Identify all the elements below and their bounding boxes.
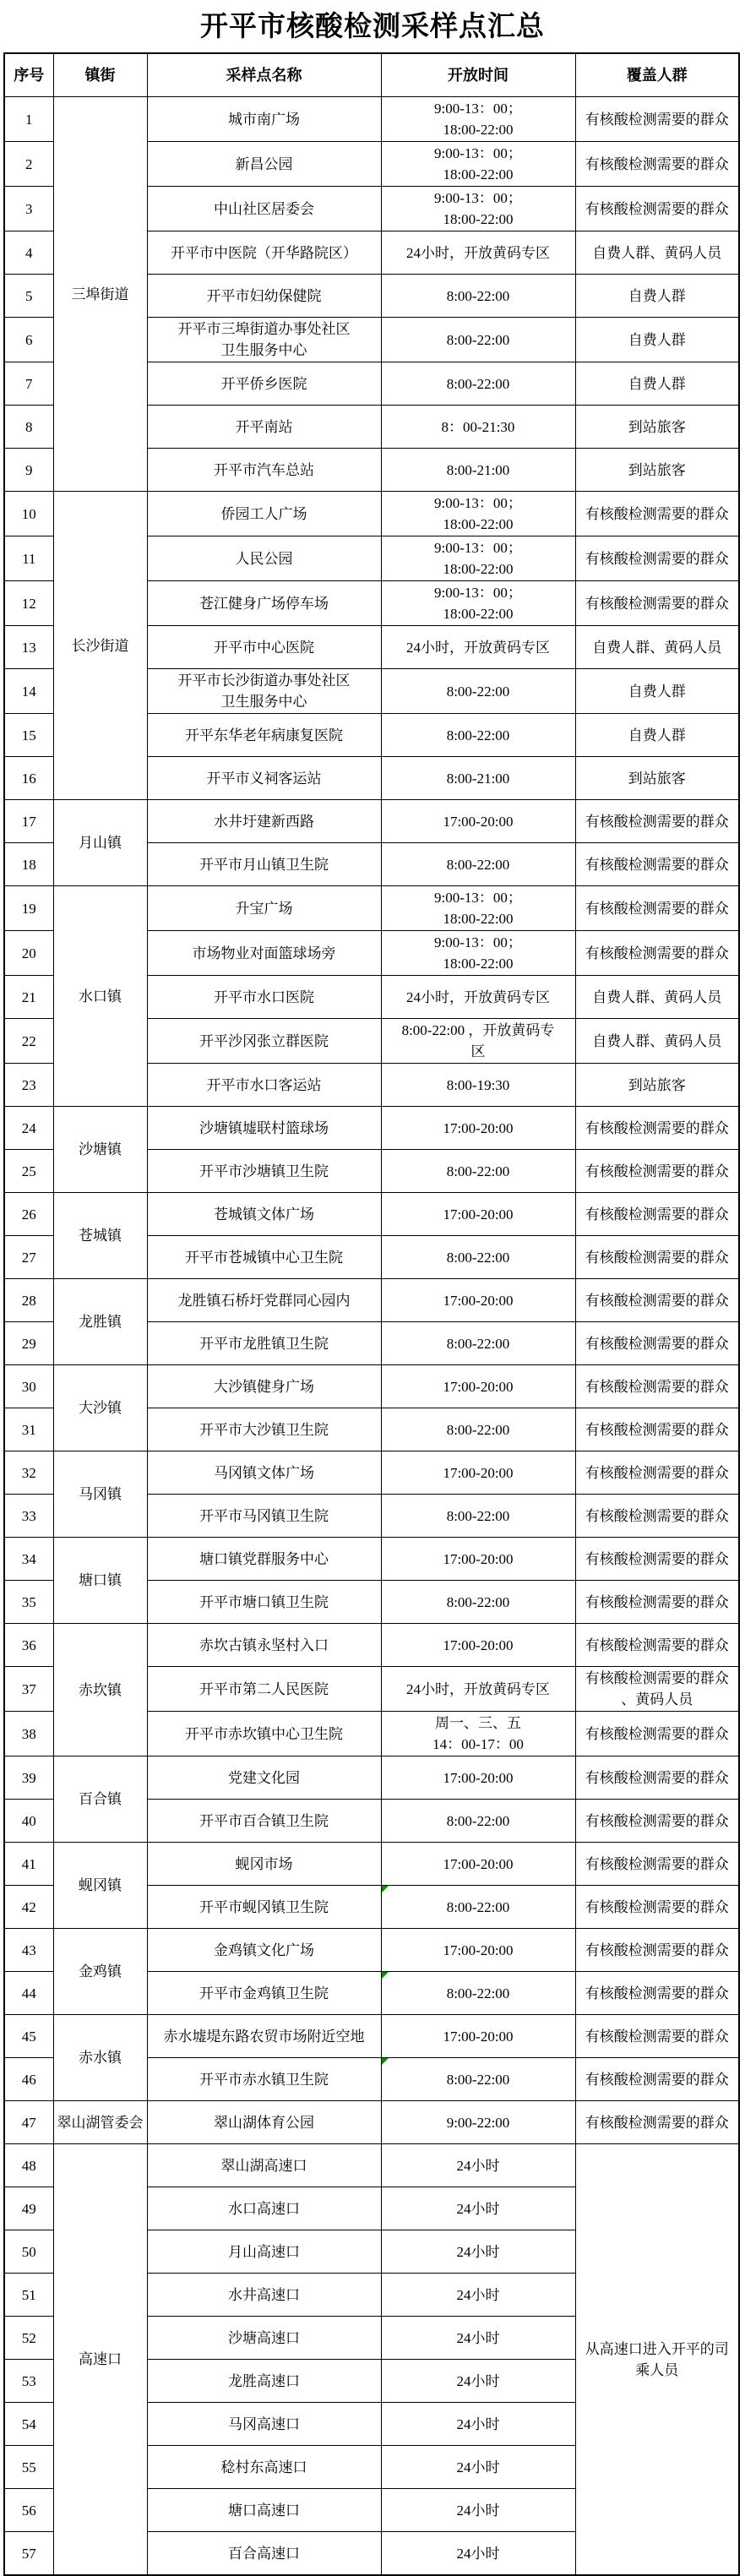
open-time-cell: 8:00-22:00 [381,1408,575,1451]
green-corner-triangle-icon [382,1972,389,1979]
row-number-cell: 30 [4,1365,53,1408]
open-time-cell: 24小时，开放黄码专区 [381,626,575,669]
open-time-cell: 8:00-22:00 [381,669,575,714]
open-time-cell: 17:00-20:00 [381,1193,575,1236]
town-cell: 蚬冈镇 [53,1843,147,1929]
site-name-cell: 水井圩建新西路 [147,800,381,843]
coverage-cell: 自费人群 [575,362,739,406]
town-cell: 金鸡镇 [53,1929,147,2015]
table-row: 17月山镇水井圩建新西路17:00-20:00有核酸检测需要的群众 [4,800,739,843]
header-site-name: 采样点名称 [147,53,381,97]
open-time-cell: 17:00-20:00 [381,1929,575,1972]
coverage-cell: 自费人群 [575,714,739,757]
open-time-cell: 24小时，开放黄码专区 [381,231,575,275]
table-row: 30大沙镇大沙镇健身广场17:00-20:00有核酸检测需要的群众 [4,1365,739,1408]
row-number-cell: 9 [4,449,53,492]
table-row: 47翠山湖管委会翠山湖体育公园9:00-22:00有核酸检测需要的群众 [4,2101,739,2144]
row-number-cell: 36 [4,1624,53,1667]
row-number-cell: 16 [4,757,53,800]
coverage-cell: 有核酸检测需要的群众 [575,1756,739,1800]
site-name-cell: 开平侨乡医院 [147,362,381,406]
site-name-cell: 开平市水口医院 [147,976,381,1019]
row-number-cell: 56 [4,2489,53,2532]
town-cell: 百合镇 [53,1756,147,1843]
header-coverage: 覆盖人群 [575,53,739,97]
site-name-cell: 开平市中心医院 [147,626,381,669]
open-time-cell: 9:00-22:00 [381,2101,575,2144]
town-cell: 赤水镇 [53,2015,147,2101]
sampling-points-table: 序号 镇街 采样点名称 开放时间 覆盖人群 1三埠街道城市南广场9:00-13：… [3,52,740,2576]
open-time-cell: 24小时 [381,2403,575,2446]
table-row: 10长沙街道侨园工人广场9:00-13：00； 18:00-22:00有核酸检测… [4,492,739,536]
row-number-cell: 52 [4,2317,53,2360]
coverage-cell: 有核酸检测需要的群众 [575,1495,739,1538]
coverage-cell: 有核酸检测需要的群众 [575,536,739,581]
table-row: 1三埠街道城市南广场9:00-13：00； 18:00-22:00有核酸检测需要… [4,97,739,142]
row-number-cell: 47 [4,2101,53,2144]
site-name-cell: 侨园工人广场 [147,492,381,536]
row-number-cell: 5 [4,275,53,318]
coverage-cell: 有核酸检测需要的群众 [575,1365,739,1408]
coverage-cell: 自费人群 [575,669,739,714]
site-name-cell: 赤坎古镇永坚村入口 [147,1624,381,1667]
site-name-cell: 赤水墟堤东路农贸市场附近空地 [147,2015,381,2058]
row-number-cell: 10 [4,492,53,536]
coverage-cell: 有核酸检测需要的群众 [575,931,739,976]
row-number-cell: 31 [4,1408,53,1451]
coverage-cell: 有核酸检测需要的群众 [575,1322,739,1365]
site-name-cell: 龙胜镇石桥圩党群同心园内 [147,1279,381,1322]
row-number-cell: 19 [4,886,53,931]
row-number-cell: 15 [4,714,53,757]
coverage-cell: 有核酸检测需要的群众 [575,1538,739,1581]
site-name-cell: 马冈镇文体广场 [147,1451,381,1495]
open-time-cell: 9:00-13：00； 18:00-22:00 [381,536,575,581]
row-number-cell: 45 [4,2015,53,2058]
row-number-cell: 29 [4,1322,53,1365]
coverage-cell: 有核酸检测需要的群众 [575,2058,739,2101]
row-number-cell: 46 [4,2058,53,2101]
site-name-cell: 开平市百合镇卫生院 [147,1800,381,1843]
row-number-cell: 51 [4,2274,53,2317]
open-time-cell: 17:00-20:00 [381,1756,575,1800]
coverage-cell: 有核酸检测需要的群众 [575,1581,739,1624]
town-cell: 龙胜镇 [53,1279,147,1365]
site-name-cell: 开平市马冈镇卫生院 [147,1495,381,1538]
coverage-cell: 有核酸检测需要的群众 [575,2101,739,2144]
coverage-cell: 有核酸检测需要的群众 [575,886,739,931]
town-cell: 水口镇 [53,886,147,1107]
coverage-cell: 有核酸检测需要的群众 [575,142,739,187]
town-cell: 长沙街道 [53,492,147,800]
open-time-cell: 8:00-22:00 [381,1495,575,1538]
row-number-cell: 3 [4,187,53,231]
row-number-cell: 40 [4,1800,53,1843]
coverage-cell: 有核酸检测需要的群众 [575,2015,739,2058]
site-name-cell: 塘口高速口 [147,2489,381,2532]
site-name-cell: 稔村东高速口 [147,2446,381,2489]
site-name-cell: 开平市三埠街道办事处社区 卫生服务中心 [147,318,381,362]
coverage-cell: 到站旅客 [575,406,739,449]
open-time-cell: 17:00-20:00 [381,1538,575,1581]
coverage-cell: 有核酸检测需要的群众 [575,1451,739,1495]
coverage-cell: 自费人群 [575,275,739,318]
row-number-cell: 26 [4,1193,53,1236]
open-time-cell: 9:00-13：00； 18:00-22:00 [381,187,575,231]
coverage-cell: 有核酸检测需要的群众 [575,1193,739,1236]
site-name-cell: 城市南广场 [147,97,381,142]
site-name-cell: 大沙镇健身广场 [147,1365,381,1408]
row-number-cell: 55 [4,2446,53,2489]
site-name-cell: 水井高速口 [147,2274,381,2317]
coverage-cell: 自费人群 [575,318,739,362]
open-time-cell: 8:00-22:00 [381,1581,575,1624]
coverage-cell: 有核酸检测需要的群众 [575,492,739,536]
open-time-cell: 24小时 [381,2187,575,2230]
open-time-cell: 17:00-20:00 [381,2015,575,2058]
open-time-cell: 9:00-13：00； 18:00-22:00 [381,142,575,187]
row-number-cell: 23 [4,1064,53,1107]
site-name-cell: 龙胜高速口 [147,2360,381,2403]
open-time-cell: 24小时 [381,2274,575,2317]
row-number-cell: 6 [4,318,53,362]
site-name-cell: 苍城镇文体广场 [147,1193,381,1236]
site-name-cell: 金鸡镇文化广场 [147,1929,381,1972]
open-time-cell: 17:00-20:00 [381,1624,575,1667]
row-number-cell: 4 [4,231,53,275]
open-time-cell: 9:00-13：00； 18:00-22:00 [381,886,575,931]
site-name-cell: 开平市水口客运站 [147,1064,381,1107]
coverage-cell: 有核酸检测需要的群众 [575,1107,739,1150]
row-number-cell: 38 [4,1712,53,1756]
table-row: 41蚬冈镇蚬冈市场17:00-20:00有核酸检测需要的群众 [4,1843,739,1886]
town-cell: 塘口镇 [53,1538,147,1624]
row-number-cell: 2 [4,142,53,187]
header-town: 镇街 [53,53,147,97]
site-name-cell: 开平市金鸡镇卫生院 [147,1972,381,2015]
row-number-cell: 18 [4,843,53,886]
site-name-cell: 马冈高速口 [147,2403,381,2446]
coverage-cell: 有核酸检测需要的群众 、黄码人员 [575,1667,739,1712]
site-name-cell: 开平市蚬冈镇卫生院 [147,1886,381,1929]
row-number-cell: 42 [4,1886,53,1929]
site-name-cell: 开平市赤坎镇中心卫生院 [147,1712,381,1756]
open-time-cell: 17:00-20:00 [381,1843,575,1886]
table-row: 43金鸡镇金鸡镇文化广场17:00-20:00有核酸检测需要的群众 [4,1929,739,1972]
site-name-cell: 党建文化园 [147,1756,381,1800]
town-cell: 赤坎镇 [53,1624,147,1756]
site-name-cell: 开平市大沙镇卫生院 [147,1408,381,1451]
header-open-time: 开放时间 [381,53,575,97]
coverage-cell: 到站旅客 [575,1064,739,1107]
row-number-cell: 13 [4,626,53,669]
row-number-cell: 22 [4,1019,53,1064]
site-name-cell: 开平市龙胜镇卫生院 [147,1322,381,1365]
open-time-cell: 8:00-19:30 [381,1064,575,1107]
open-time-cell: 8:00-22:00 [381,843,575,886]
open-time-cell: 8:00-21:00 [381,757,575,800]
row-number-cell: 32 [4,1451,53,1495]
site-name-cell: 蚬冈市场 [147,1843,381,1886]
coverage-cell: 有核酸检测需要的群众 [575,1843,739,1886]
row-number-cell: 53 [4,2360,53,2403]
site-name-cell: 月山高速口 [147,2230,381,2274]
coverage-cell: 有核酸检测需要的群众 [575,1886,739,1929]
row-number-cell: 44 [4,1972,53,2015]
page-title: 开平市核酸检测采样点汇总 [0,0,745,52]
coverage-cell: 有核酸检测需要的群众 [575,1624,739,1667]
row-number-cell: 8 [4,406,53,449]
coverage-cell: 自费人群、黄码人员 [575,626,739,669]
row-number-cell: 20 [4,931,53,976]
table-row: 45赤水镇赤水墟堤东路农贸市场附近空地17:00-20:00有核酸检测需要的群众 [4,2015,739,2058]
open-time-cell: 24小时 [381,2230,575,2274]
coverage-cell: 自费人群、黄码人员 [575,1019,739,1064]
site-name-cell: 升宝广场 [147,886,381,931]
open-time-cell: 17:00-20:00 [381,1107,575,1150]
table-row: 26苍城镇苍城镇文体广场17:00-20:00有核酸检测需要的群众 [4,1193,739,1236]
coverage-cell: 有核酸检测需要的群众 [575,1236,739,1279]
coverage-cell: 到站旅客 [575,449,739,492]
coverage-cell: 有核酸检测需要的群众 [575,1150,739,1193]
coverage-cell: 自费人群、黄码人员 [575,231,739,275]
site-name-cell: 市场物业对面篮球场旁 [147,931,381,976]
site-name-cell: 开平东华老年病康复医院 [147,714,381,757]
site-name-cell: 苍江健身广场停车场 [147,581,381,626]
coverage-cell: 有核酸检测需要的群众 [575,1800,739,1843]
row-number-cell: 1 [4,97,53,142]
open-time-cell: 24小时 [381,2317,575,2360]
table-row: 34塘口镇塘口镇党群服务中心17:00-20:00有核酸检测需要的群众 [4,1538,739,1581]
open-time-cell: 17:00-20:00 [381,800,575,843]
row-number-cell: 48 [4,2144,53,2187]
town-cell: 大沙镇 [53,1365,147,1451]
open-time-cell: 9:00-13：00； 18:00-22:00 [381,581,575,626]
town-cell: 苍城镇 [53,1193,147,1279]
coverage-cell: 自费人群、黄码人员 [575,976,739,1019]
green-corner-triangle-icon [382,2058,389,2065]
open-time-cell: 8:00-22:00 [381,362,575,406]
site-name-cell: 开平市赤水镇卫生院 [147,2058,381,2101]
coverage-cell: 有核酸检测需要的群众 [575,1972,739,2015]
table-row: 48高速口翠山湖高速口24小时从高速口进入开平的司 乘人员 [4,2144,739,2187]
row-number-cell: 50 [4,2230,53,2274]
site-name-cell: 开平市长沙街道办事处社区 卫生服务中心 [147,669,381,714]
row-number-cell: 34 [4,1538,53,1581]
open-time-cell: 8:00-22:00 [381,1886,575,1929]
site-name-cell: 百合高速口 [147,2532,381,2576]
open-time-cell: 9:00-13：00； 18:00-22:00 [381,97,575,142]
row-number-cell: 28 [4,1279,53,1322]
row-number-cell: 14 [4,669,53,714]
row-number-cell: 54 [4,2403,53,2446]
site-name-cell: 水口高速口 [147,2187,381,2230]
town-cell: 月山镇 [53,800,147,886]
row-number-cell: 27 [4,1236,53,1279]
coverage-cell: 到站旅客 [575,757,739,800]
row-number-cell: 37 [4,1667,53,1712]
row-number-cell: 57 [4,2532,53,2576]
site-name-cell: 开平市第二人民医院 [147,1667,381,1712]
site-name-cell: 开平市汽车总站 [147,449,381,492]
coverage-cell: 有核酸检测需要的群众 [575,1408,739,1451]
coverage-cell: 有核酸检测需要的群众 [575,581,739,626]
header-serial-number: 序号 [4,53,53,97]
open-time-cell: 24小时，开放黄码专区 [381,1667,575,1712]
site-name-cell: 开平沙冈张立群医院 [147,1019,381,1064]
open-time-cell: 17:00-20:00 [381,1365,575,1408]
town-cell: 马冈镇 [53,1451,147,1538]
row-number-cell: 33 [4,1495,53,1538]
table-row: 24沙塘镇沙塘镇墟联村篮球场17:00-20:00有核酸检测需要的群众 [4,1107,739,1150]
open-time-cell: 9:00-13：00； 18:00-22:00 [381,931,575,976]
open-time-cell: 8:00-22:00 [381,275,575,318]
site-name-cell: 开平市妇幼保健院 [147,275,381,318]
open-time-cell: 8:00-22:00 ，开放黄码专 区 [381,1019,575,1064]
open-time-cell: 24小时 [381,2446,575,2489]
open-time-cell: 8:00-22:00 [381,2058,575,2101]
site-name-cell: 翠山湖体育公园 [147,2101,381,2144]
coverage-cell: 有核酸检测需要的群众 [575,187,739,231]
site-name-cell: 开平市中医院（开华路院区） [147,231,381,275]
site-name-cell: 开平市塘口镇卫生院 [147,1581,381,1624]
site-name-cell: 开平南站 [147,406,381,449]
town-cell: 翠山湖管委会 [53,2101,147,2144]
table-row: 39百合镇党建文化园17:00-20:00有核酸检测需要的群众 [4,1756,739,1800]
site-name-cell: 开平市沙塘镇卫生院 [147,1150,381,1193]
row-number-cell: 39 [4,1756,53,1800]
open-time-cell: 8:00-22:00 [381,1236,575,1279]
coverage-cell: 从高速口进入开平的司 乘人员 [575,2144,739,2576]
site-name-cell: 翠山湖高速口 [147,2144,381,2187]
open-time-cell: 24小时 [381,2144,575,2187]
town-cell: 三埠街道 [53,97,147,492]
row-number-cell: 35 [4,1581,53,1624]
table-row: 19水口镇升宝广场9:00-13：00； 18:00-22:00有核酸检测需要的… [4,886,739,931]
open-time-cell: 24小时，开放黄码专区 [381,976,575,1019]
row-number-cell: 17 [4,800,53,843]
open-time-cell: 24小时 [381,2489,575,2532]
row-number-cell: 41 [4,1843,53,1886]
site-name-cell: 中山社区居委会 [147,187,381,231]
row-number-cell: 43 [4,1929,53,1972]
site-name-cell: 新昌公园 [147,142,381,187]
open-time-cell: 8：00-21:30 [381,406,575,449]
coverage-cell: 有核酸检测需要的群众 [575,1279,739,1322]
open-time-cell: 17:00-20:00 [381,1279,575,1322]
town-cell: 高速口 [53,2144,147,2576]
open-time-cell: 8:00-22:00 [381,318,575,362]
row-number-cell: 24 [4,1107,53,1150]
site-name-cell: 开平市义祠客运站 [147,757,381,800]
document-page: 开平市核酸检测采样点汇总 序号 镇街 采样点名称 开放时间 覆盖人群 1三埠街道… [0,0,745,2576]
table-row: 28龙胜镇龙胜镇石桥圩党群同心园内17:00-20:00有核酸检测需要的群众 [4,1279,739,1322]
row-number-cell: 7 [4,362,53,406]
open-time-cell: 24小时 [381,2532,575,2576]
open-time-cell: 周一、三、五 14：00-17：00 [381,1712,575,1756]
row-number-cell: 49 [4,2187,53,2230]
open-time-cell: 8:00-21:00 [381,449,575,492]
site-name-cell: 沙塘镇墟联村篮球场 [147,1107,381,1150]
site-name-cell: 开平市月山镇卫生院 [147,843,381,886]
green-corner-triangle-icon [382,1886,389,1893]
row-number-cell: 25 [4,1150,53,1193]
table-row: 36赤坎镇赤坎古镇永坚村入口17:00-20:00有核酸检测需要的群众 [4,1624,739,1667]
town-cell: 沙塘镇 [53,1107,147,1193]
coverage-cell: 有核酸检测需要的群众 [575,800,739,843]
header-row: 序号 镇街 采样点名称 开放时间 覆盖人群 [4,53,739,97]
site-name-cell: 沙塘高速口 [147,2317,381,2360]
open-time-cell: 24小时 [381,2360,575,2403]
table-body: 1三埠街道城市南广场9:00-13：00； 18:00-22:00有核酸检测需要… [4,97,739,2576]
row-number-cell: 11 [4,536,53,581]
coverage-cell: 有核酸检测需要的群众 [575,1712,739,1756]
row-number-cell: 21 [4,976,53,1019]
open-time-cell: 8:00-22:00 [381,1972,575,2015]
coverage-cell: 有核酸检测需要的群众 [575,1929,739,1972]
site-name-cell: 开平市苍城镇中心卫生院 [147,1236,381,1279]
site-name-cell: 人民公园 [147,536,381,581]
table-row: 32马冈镇马冈镇文体广场17:00-20:00有核酸检测需要的群众 [4,1451,739,1495]
open-time-cell: 17:00-20:00 [381,1451,575,1495]
open-time-cell: 8:00-22:00 [381,1150,575,1193]
open-time-cell: 8:00-22:00 [381,1322,575,1365]
row-number-cell: 12 [4,581,53,626]
open-time-cell: 8:00-22:00 [381,714,575,757]
open-time-cell: 8:00-22:00 [381,1800,575,1843]
coverage-cell: 有核酸检测需要的群众 [575,97,739,142]
site-name-cell: 塘口镇党群服务中心 [147,1538,381,1581]
coverage-cell: 有核酸检测需要的群众 [575,843,739,886]
open-time-cell: 9:00-13：00； 18:00-22:00 [381,492,575,536]
